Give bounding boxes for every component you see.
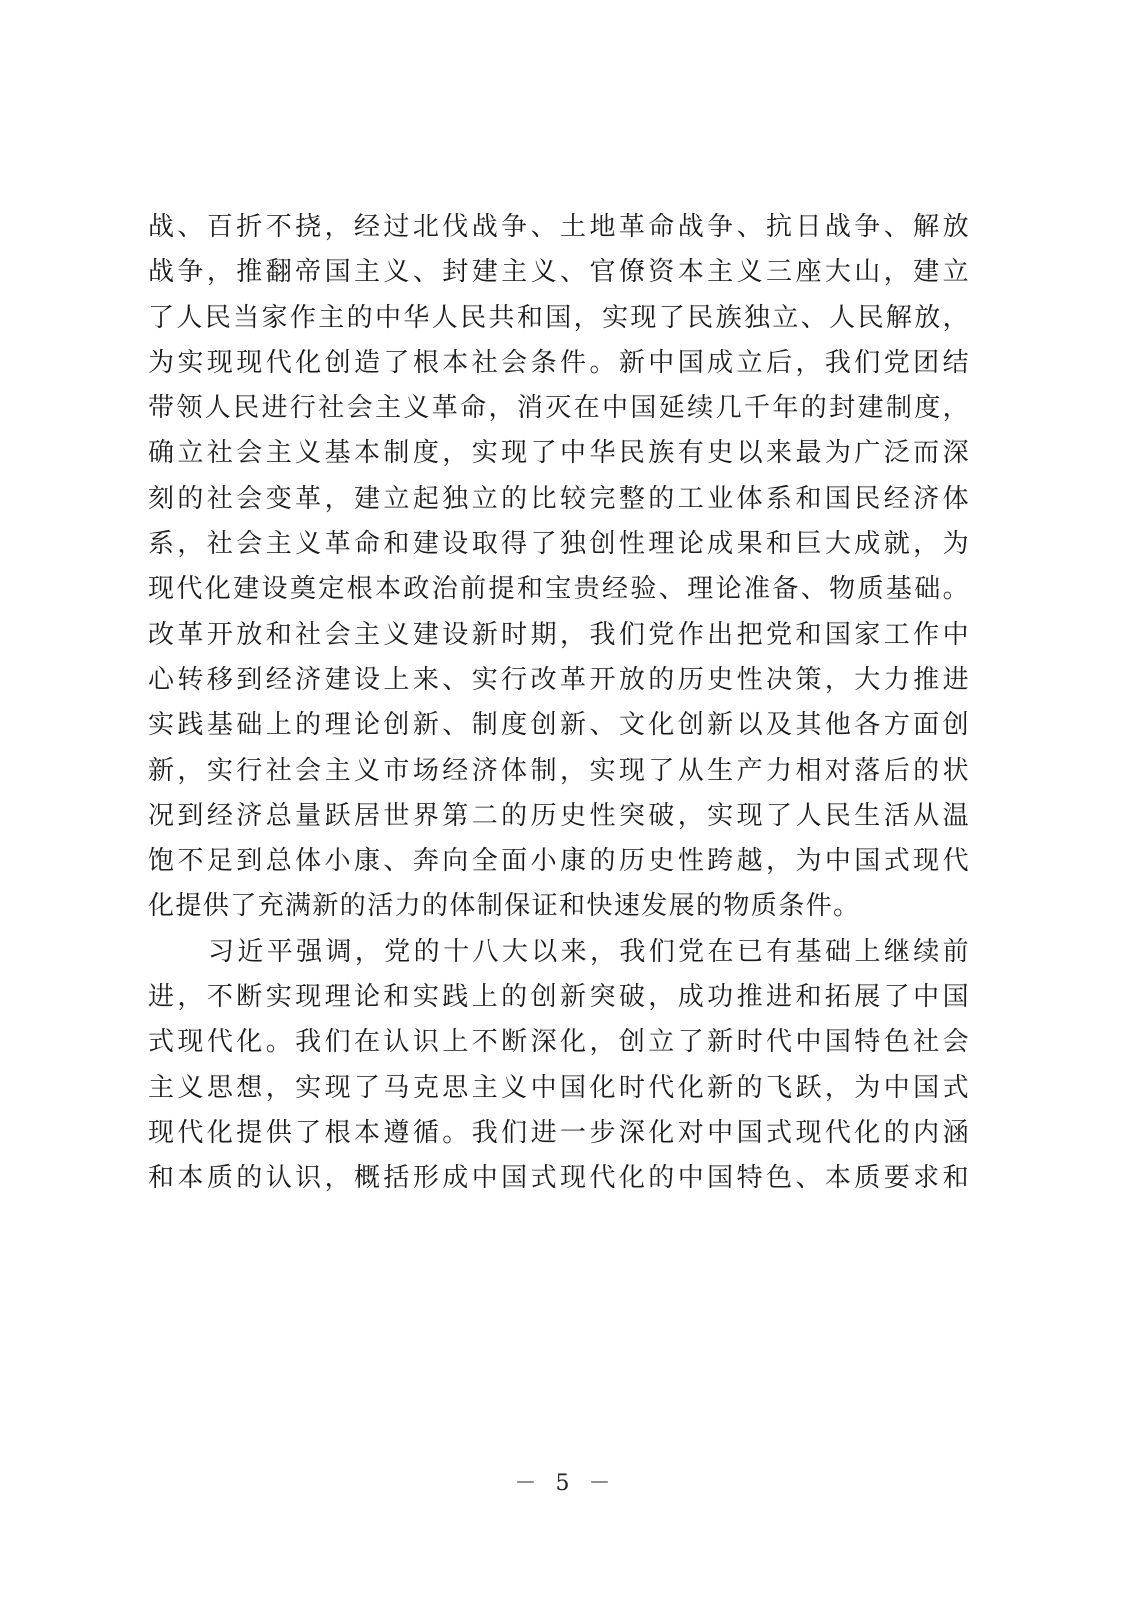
text-line: 系，社会主义革命和建设取得了独创性理论成果和巨大成就，为 (148, 522, 970, 567)
text-line: 进，不断实现理论和实践上的创新突破，成功推进和拓展了中国 (148, 975, 970, 1020)
text-line: 况到经济总量跃居世界第二的历史性突破，实现了人民生活从温 (148, 794, 970, 839)
text-line: 改革开放和社会主义建设新时期，我们党作出把党和国家工作中 (148, 613, 970, 658)
text-line: 带领人民进行社会主义革命，消灭在中国延续几千年的封建制度， (148, 386, 970, 431)
text-line: 确立社会主义基本制度，实现了中华民族有史以来最为广泛而深 (148, 431, 970, 476)
document-page: 战、百折不挠，经过北伐战争、土地革命战争、抗日战争、解放 战争，推翻帝国主义、封… (0, 0, 1131, 1600)
text-line: 和本质的认识，概括形成中国式现代化的中国特色、本质要求和 (148, 1156, 970, 1201)
paragraph-start-line: 习近平强调，党的十八大以来，我们党在已有基础上继续前 (148, 930, 970, 975)
text-line: 现代化建设奠定根本政治前提和宝贵经验、理论准备、物质基础。 (148, 567, 970, 612)
text-line: 实践基础上的理论创新、制度创新、文化创新以及其他各方面创 (148, 703, 970, 748)
text-line: 现代化提供了根本遵循。我们进一步深化对中国式现代化的内涵 (148, 1111, 970, 1156)
body-text: 战、百折不挠，经过北伐战争、土地革命战争、抗日战争、解放 战争，推翻帝国主义、封… (148, 205, 970, 1202)
text-line: 饱不足到总体小康、奔向全面小康的历史性跨越，为中国式现代 (148, 839, 970, 884)
text-line: 战、百折不挠，经过北伐战争、土地革命战争、抗日战争、解放 (148, 205, 970, 250)
page-number: － 5 － (0, 1466, 1131, 1497)
text-line: 新，实行社会主义市场经济体制，实现了从生产力相对落后的状 (148, 749, 970, 794)
text-line: 了人民当家作主的中华人民共和国，实现了民族独立、人民解放， (148, 296, 970, 341)
text-line: 战争，推翻帝国主义、封建主义、官僚资本主义三座大山，建立 (148, 250, 970, 295)
text-line: 为实现现代化创造了根本社会条件。新中国成立后，我们党团结 (148, 341, 970, 386)
text-line: 式现代化。我们在认识上不断深化，创立了新时代中国特色社会 (148, 1020, 970, 1065)
text-line: 主义思想，实现了马克思主义中国化时代化新的飞跃，为中国式 (148, 1066, 970, 1111)
text-line: 心转移到经济建设上来、实行改革开放的历史性决策，大力推进 (148, 658, 970, 703)
text-line: 刻的社会变革，建立起独立的比较完整的工业体系和国民经济体 (148, 477, 970, 522)
text-line: 化提供了充满新的活力的体制保证和快速发展的物质条件。 (148, 884, 970, 929)
